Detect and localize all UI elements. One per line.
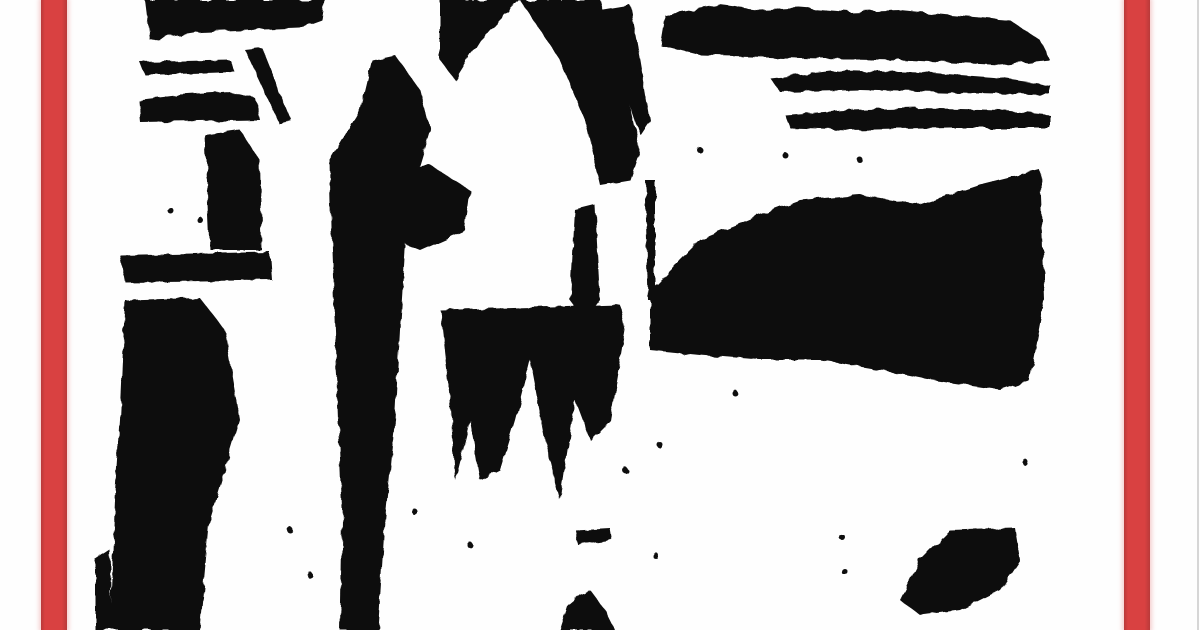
ink-shapes (95, 0, 1050, 630)
left-red-border (41, 0, 67, 630)
right-edge-line (1197, 0, 1199, 630)
image-frame (0, 0, 1200, 630)
photo-rendering (90, 0, 1100, 630)
right-red-border (1124, 0, 1150, 630)
photograph (90, 0, 1100, 630)
